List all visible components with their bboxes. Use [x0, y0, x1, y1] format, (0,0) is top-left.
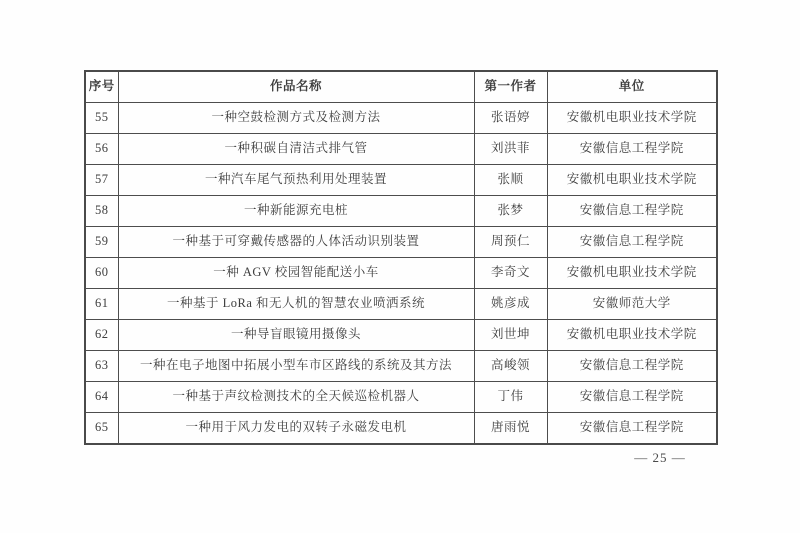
row-cell-no: 63	[85, 351, 118, 382]
row-cell-org: 安徽师范大学	[547, 289, 717, 320]
row-cell-no: 56	[85, 134, 118, 165]
row-cell-author: 高峻领	[474, 351, 547, 382]
table-row: 55一种空鼓检测方式及检测方法张语婷安徽机电职业技术学院	[85, 103, 717, 134]
row-cell-title: 一种新能源充电桩	[118, 196, 474, 227]
row-cell-author: 张顺	[474, 165, 547, 196]
row-cell-no: 61	[85, 289, 118, 320]
table-body: 55一种空鼓检测方式及检测方法张语婷安徽机电职业技术学院56一种积碳自清洁式排气…	[85, 103, 717, 445]
row-cell-no: 59	[85, 227, 118, 258]
table-row: 57一种汽车尾气预热利用处理装置张顺安徽机电职业技术学院	[85, 165, 717, 196]
header-cell-org: 单位	[547, 71, 717, 103]
row-cell-author: 唐雨悦	[474, 413, 547, 445]
header-cell-title: 作品名称	[118, 71, 474, 103]
row-cell-org: 安徽信息工程学院	[547, 196, 717, 227]
row-cell-title: 一种基于 LoRa 和无人机的智慧农业喷洒系统	[118, 289, 474, 320]
row-cell-org: 安徽机电职业技术学院	[547, 258, 717, 289]
row-cell-title: 一种基于可穿戴传感器的人体活动识别装置	[118, 227, 474, 258]
row-cell-title: 一种积碳自清洁式排气管	[118, 134, 474, 165]
row-cell-author: 周预仁	[474, 227, 547, 258]
table-row: 60一种 AGV 校园智能配送小车李奇文安徽机电职业技术学院	[85, 258, 717, 289]
row-cell-org: 安徽机电职业技术学院	[547, 165, 717, 196]
row-cell-author: 刘洪菲	[474, 134, 547, 165]
row-cell-org: 安徽机电职业技术学院	[547, 103, 717, 134]
row-cell-author: 刘世坤	[474, 320, 547, 351]
table-row: 61一种基于 LoRa 和无人机的智慧农业喷洒系统姚彦成安徽师范大学	[85, 289, 717, 320]
table-row: 59一种基于可穿戴传感器的人体活动识别装置周预仁安徽信息工程学院	[85, 227, 717, 258]
row-cell-author: 姚彦成	[474, 289, 547, 320]
row-cell-author: 丁伟	[474, 382, 547, 413]
row-cell-org: 安徽信息工程学院	[547, 134, 717, 165]
table-row: 63一种在电子地图中拓展小型车市区路线的系统及其方法高峻领安徽信息工程学院	[85, 351, 717, 382]
row-cell-no: 58	[85, 196, 118, 227]
row-cell-title: 一种空鼓检测方式及检测方法	[118, 103, 474, 134]
header-cell-author: 第一作者	[474, 71, 547, 103]
table-row: 64一种基于声纹检测技术的全天候巡检机器人丁伟安徽信息工程学院	[85, 382, 717, 413]
row-cell-no: 55	[85, 103, 118, 134]
row-cell-no: 65	[85, 413, 118, 445]
row-cell-title: 一种导盲眼镜用摄像头	[118, 320, 474, 351]
row-cell-no: 64	[85, 382, 118, 413]
row-cell-title: 一种汽车尾气预热利用处理装置	[118, 165, 474, 196]
table-header-row: 序号 作品名称 第一作者 单位	[85, 71, 717, 103]
row-cell-org: 安徽信息工程学院	[547, 351, 717, 382]
row-cell-org: 安徽信息工程学院	[547, 382, 717, 413]
row-cell-org: 安徽机电职业技术学院	[547, 320, 717, 351]
table-row: 65一种用于风力发电的双转子永磁发电机唐雨悦安徽信息工程学院	[85, 413, 717, 445]
row-cell-org: 安徽信息工程学院	[547, 413, 717, 445]
table-row: 58一种新能源充电桩张梦安徽信息工程学院	[85, 196, 717, 227]
row-cell-author: 张梦	[474, 196, 547, 227]
row-cell-title: 一种在电子地图中拓展小型车市区路线的系统及其方法	[118, 351, 474, 382]
document-page: 序号 作品名称 第一作者 单位 55一种空鼓检测方式及检测方法张语婷安徽机电职业…	[0, 0, 800, 533]
row-cell-title: 一种 AGV 校园智能配送小车	[118, 258, 474, 289]
row-cell-no: 57	[85, 165, 118, 196]
table-row: 56一种积碳自清洁式排气管刘洪菲安徽信息工程学院	[85, 134, 717, 165]
row-cell-no: 62	[85, 320, 118, 351]
row-cell-title: 一种基于声纹检测技术的全天候巡检机器人	[118, 382, 474, 413]
row-cell-title: 一种用于风力发电的双转子永磁发电机	[118, 413, 474, 445]
row-cell-no: 60	[85, 258, 118, 289]
row-cell-author: 张语婷	[474, 103, 547, 134]
table-row: 62一种导盲眼镜用摄像头刘世坤安徽机电职业技术学院	[85, 320, 717, 351]
row-cell-author: 李奇文	[474, 258, 547, 289]
header-cell-no: 序号	[85, 71, 118, 103]
row-cell-org: 安徽信息工程学院	[547, 227, 717, 258]
page-number: — 25 —	[620, 450, 700, 466]
awards-table: 序号 作品名称 第一作者 单位 55一种空鼓检测方式及检测方法张语婷安徽机电职业…	[84, 70, 718, 445]
